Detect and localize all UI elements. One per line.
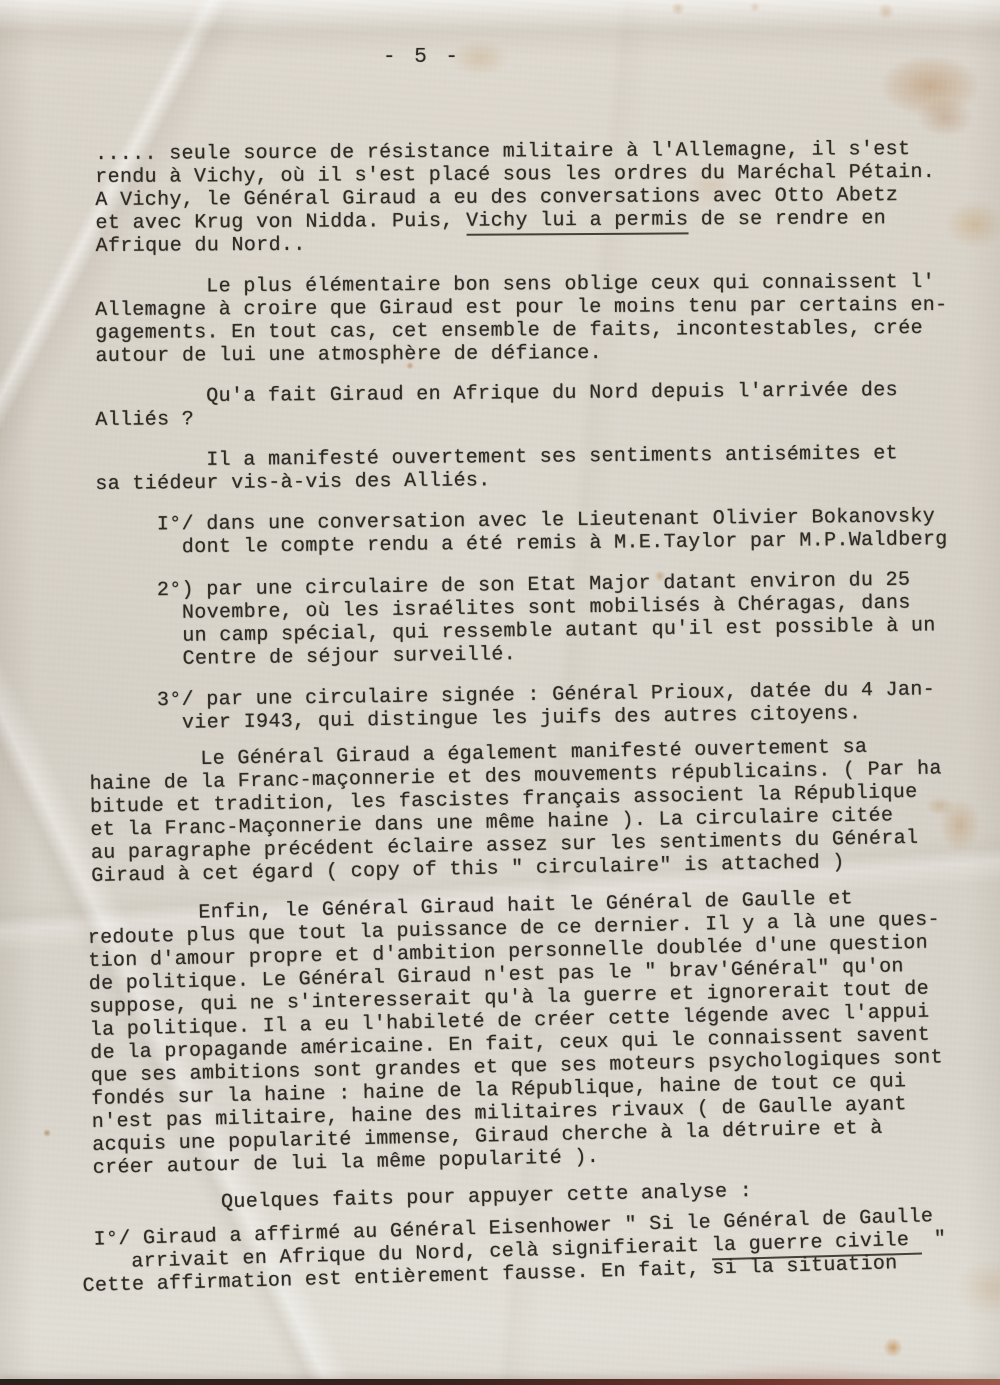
typewritten-document-body: ..... seule source de résistance militai…	[95, 143, 960, 1298]
paragraph-p5: Le Général Giraud a également manifesté …	[89, 734, 962, 888]
list-item-li4: I°/ Giraud a affirmé au Général Eisenhow…	[81, 1204, 962, 1298]
paragraph-p4: Il a manifesté ouvertement ses sentiment…	[95, 442, 960, 496]
text-segment: de se rendre en	[688, 207, 886, 231]
paragraph-p1: ..... seule source de résistance militai…	[95, 138, 961, 258]
text-segment: Quelques faits pour appuyer cette analys…	[85, 1180, 752, 1217]
table-edge	[0, 1379, 1000, 1385]
list-item-li2: 2°) par une circulaire de son Etat Major…	[95, 568, 961, 672]
text-segment: Alliés ?	[95, 408, 194, 432]
text-segment: "	[921, 1228, 946, 1252]
list-item-li3: 3°/ par une circulaire signée : Général …	[95, 678, 961, 736]
text-line: autour de lui une atmosphère de défiance…	[95, 340, 960, 368]
text-segment: Afrique du Nord..	[96, 234, 306, 258]
text-segment: sa tiédeur vis-à-vis des Alliés.	[95, 469, 490, 496]
list-item-li1: I°/ dans une conversation avec le Lieute…	[95, 505, 960, 560]
text-segment: autour de lui une atmosphère de défiance…	[95, 342, 602, 368]
text-segment: et avec Krug von Nidda. Puis,	[95, 210, 466, 235]
paragraph-p6: Enfin, le Général Giraud hait le Général…	[87, 885, 966, 1180]
text-segment: Centre de séjour surveillé.	[96, 643, 516, 672]
paragraph-p2: Le plus élémentaire bon sens oblige ceux…	[95, 271, 961, 368]
paragraph-p3: Qu'a fait Giraud en Afrique du Nord depu…	[95, 378, 960, 432]
underlined-text: Vichy lui a permis	[466, 208, 688, 235]
page-number: - 5 -	[383, 46, 461, 69]
